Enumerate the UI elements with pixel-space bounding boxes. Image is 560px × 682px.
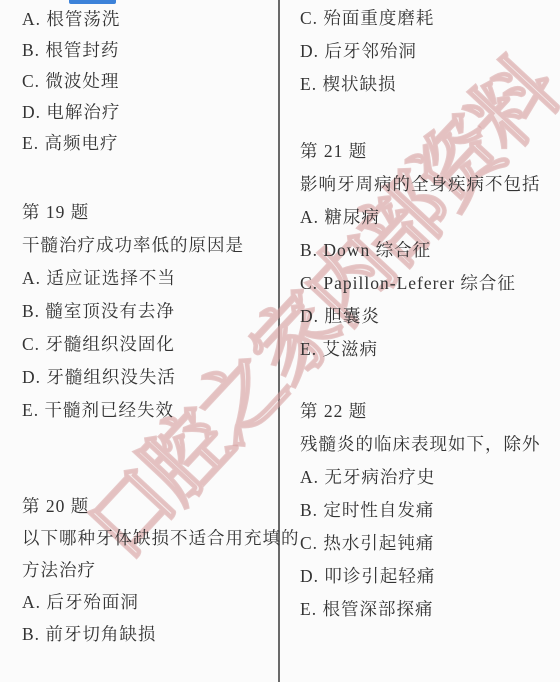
q21-number: 第 21 题	[300, 135, 541, 168]
q20-option-b: B. 前牙切角缺损	[22, 618, 300, 650]
q20-question-text-line2: 方法治疗	[22, 554, 300, 586]
q22-option-e: E. 根管深部探痛	[300, 593, 541, 626]
q18-option-a: A. 根管荡洗	[22, 4, 120, 35]
q19-question-text: 干髓治疗成功率低的原因是	[22, 229, 244, 262]
q19-option-a: A. 适应证选择不当	[22, 262, 244, 295]
q22-number: 第 22 题	[300, 395, 541, 428]
q18-option-e: E. 高频电疗	[22, 128, 120, 159]
q20-option-d: D. 后牙邻殆洞	[300, 35, 434, 68]
exam-document-page: 口腔之家内部资料 A. 根管荡洗 B. 根管封药 C. 微波处理 D. 电解治疗…	[0, 0, 560, 682]
q22-option-c: C. 热水引起钝痛	[300, 527, 541, 560]
q19-option-e: E. 干髓剂已经失效	[22, 394, 244, 427]
q18-option-d: D. 电解治疗	[22, 97, 120, 128]
q21-option-d: D. 胆囊炎	[300, 300, 541, 333]
q22-option-b: B. 定时性自发痛	[300, 494, 541, 527]
q22-option-a: A. 无牙病治疗史	[300, 461, 541, 494]
q21-question-text: 影响牙周病的全身疾病不包括	[300, 168, 541, 201]
question-22-block: 第 22 题 残髓炎的临床表现如下，除外 A. 无牙病治疗史 B. 定时性自发痛…	[300, 395, 541, 626]
q19-number: 第 19 题	[22, 196, 244, 229]
q19-option-d: D. 牙髓组织没失活	[22, 361, 244, 394]
q21-option-c: C. Papillon-Leferer 综合征	[300, 267, 541, 300]
question-20-options-continued-block: C. 殆面重度磨耗 D. 后牙邻殆洞 E. 楔状缺损	[300, 2, 434, 101]
q22-question-text: 残髓炎的临床表现如下，除外	[300, 428, 541, 461]
q19-option-c: C. 牙髓组织没固化	[22, 328, 244, 361]
question-20-block: 第 20 题 以下哪种牙体缺损不适合用充填的 方法治疗 A. 后牙殆面洞 B. …	[22, 490, 300, 650]
q21-option-a: A. 糖尿病	[300, 201, 541, 234]
q19-option-b: B. 髓室顶没有去净	[22, 295, 244, 328]
question-21-block: 第 21 题 影响牙周病的全身疾病不包括 A. 糖尿病 B. Down 综合征 …	[300, 135, 541, 366]
q20-option-c: C. 殆面重度磨耗	[300, 2, 434, 35]
q18-option-c: C. 微波处理	[22, 66, 120, 97]
q20-option-a: A. 后牙殆面洞	[22, 586, 300, 618]
q18-option-b: B. 根管封药	[22, 35, 120, 66]
q21-option-b: B. Down 综合征	[300, 234, 541, 267]
q20-question-text-line1: 以下哪种牙体缺损不适合用充填的	[22, 522, 300, 554]
q20-option-e: E. 楔状缺损	[300, 68, 434, 101]
q21-option-e: E. 艾滋病	[300, 333, 541, 366]
q20-number: 第 20 题	[22, 490, 300, 522]
question-18-options-block: A. 根管荡洗 B. 根管封药 C. 微波处理 D. 电解治疗 E. 高频电疗	[22, 4, 120, 159]
q22-option-d: D. 叩诊引起轻痛	[300, 560, 541, 593]
question-19-block: 第 19 题 干髓治疗成功率低的原因是 A. 适应证选择不当 B. 髓室顶没有去…	[22, 196, 244, 427]
